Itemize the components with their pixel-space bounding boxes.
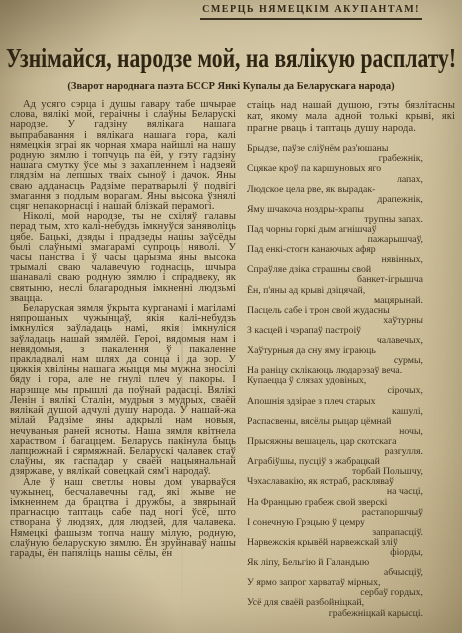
poem-line: З касцей і чэрапаў пастроіўчалавечых, <box>247 326 455 346</box>
right-column: стаіць над нашай душою, гэты бязлітасны … <box>247 100 455 633</box>
poem-line: На Францыю грабеж свой зверскірастапоршч… <box>247 498 455 518</box>
poem-line: Апошнія здзірае з плеч старыхкашулі, <box>247 397 455 417</box>
page-subtitle: (Зварот народнага паэта БССР Янкі Купалы… <box>0 81 462 92</box>
poem-line: Людское цела рве, як вырадак-драпежнік, <box>247 185 455 205</box>
poem-line: Спраўляе дзіка страшны свойбанкет-ігрышч… <box>247 265 455 285</box>
poem-line: Брыдзе, паўзе сліўнём раз'юшаныграбежнік… <box>247 144 455 164</box>
poem-line: Сцякае кроў па каршуновых яголапах, <box>247 164 455 184</box>
paragraph: Але ў наш светлы новы дом уварваўся чужы… <box>10 478 236 560</box>
poem-line: Прысяжны вешацель, цар скотскагаразгулля… <box>247 437 455 457</box>
poem-line: Купаецца ў слязах удовіных,сірочых, <box>247 376 455 396</box>
newspaper-page: СМЕРЦЬ НЯМЕЦКІМ АКУПАНТАМ! Узнімайся, на… <box>0 0 462 633</box>
paragraph: Ніколі, мой народзе, ты не схіляў галавы… <box>10 212 236 304</box>
poem-line: Пад чорны горкі дым агнішчаўпажарышчаў, <box>247 225 455 245</box>
poem: Брыдзе, паўзе сліўнём раз'юшаныграбежнік… <box>247 144 455 618</box>
poem-line: Аграбіўшы, пусціў з жабрацкайторбай Поль… <box>247 457 455 477</box>
poem-line: Як ліпу, Бельгію й Галандыюабчысціў, <box>247 558 455 578</box>
poem-line: Распасвены, вясёлы рыцар цёмнайночы, <box>247 417 455 437</box>
poem-line: Хаўтурныя да сну яму іграюцьсурмы, <box>247 346 455 366</box>
poem-line: Чэхаславакію, як ястраб, раскляваўна час… <box>247 477 455 497</box>
page-title: Узнімайся, народзе мой, на вялікую распл… <box>6 43 456 74</box>
poem-line: Яму шчакоча ноздры-храпытрупны запах. <box>247 205 455 225</box>
text-columns: Ад усяго сэрца і душы гавару табе шчырае… <box>10 100 455 633</box>
prose-continuation: стаіць над нашай душою, гэты бязлітасны … <box>247 100 455 134</box>
poem-line: У ярмо запрог харватаў мірных,сербаў гор… <box>247 578 455 598</box>
paragraph: Ад усяго сэрца і душы гавару табе шчырае… <box>10 100 236 212</box>
poem-line: І сонечную Грэцыю ў цемрузапрапасціў. <box>247 518 455 538</box>
left-column: Ад усяго сэрца і душы гавару табе шчырае… <box>10 100 236 633</box>
poem-line: Пад енкі-стогн канаючых афярнявінных, <box>247 245 455 265</box>
page-slogan: СМЕРЦЬ НЯМЕЦКІМ АКУПАНТАМ! <box>200 4 422 20</box>
poem-line: Ён, п'яны ад крыві дзіцячай,мацярынай. <box>247 286 455 306</box>
paragraph: Беларуская зямля ўкрыта курганамі і магі… <box>10 304 236 477</box>
poem-line: Нарвежскія крывёй нарвежскай зліўфіорды, <box>247 538 455 558</box>
poem-line: Пасцель сабе і трон свой жудасныхаўтурны <box>247 306 455 326</box>
poem-line: Усё для сваёй разбойніцкай,грабежніцкай … <box>247 598 455 618</box>
